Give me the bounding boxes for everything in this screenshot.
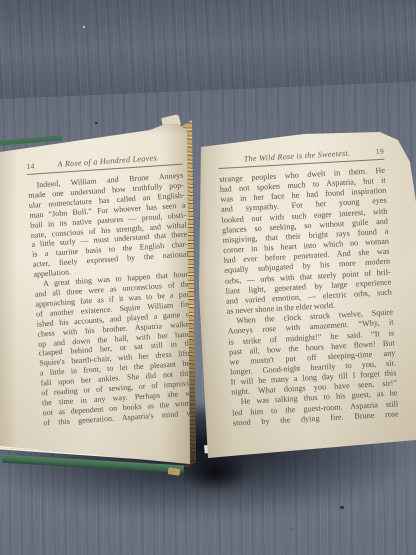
nail-speck xyxy=(83,26,85,28)
right-page: The Wild Rose is the Sweetest. 19 strang… xyxy=(184,110,416,472)
right-page-text: The Wild Rose is the Sweetest. 19 strang… xyxy=(218,147,399,429)
right-page-body: strange peoples who dwelt in them. Hehad… xyxy=(219,166,399,429)
photo-of-open-book: 14 A Rose of a Hundred Leaves. Indeed, W… xyxy=(0,0,416,555)
left-page: 14 A Rose of a Hundred Leaves. Indeed, W… xyxy=(0,116,198,476)
right-header-title: The Wild Rose is the Sweetest. xyxy=(218,147,376,165)
right-page-number: 19 xyxy=(375,147,384,156)
left-page-body: Indeed, William and Brune Anneysmade one… xyxy=(27,171,199,428)
wood-knot xyxy=(95,122,98,124)
right-running-head: The Wild Rose is the Sweetest. 19 xyxy=(218,147,384,165)
worn-cover-corner xyxy=(168,467,181,476)
left-page-text: 14 A Rose of a Hundred Leaves. Indeed, W… xyxy=(26,152,199,428)
